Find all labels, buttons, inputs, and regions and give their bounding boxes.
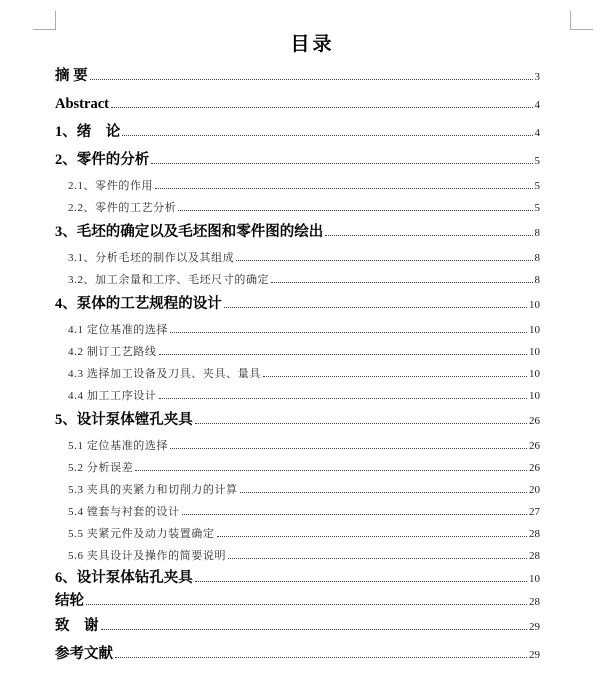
toc-entry-page-number: 26 (529, 457, 540, 479)
dot-leader (90, 79, 533, 80)
toc-entry-page-number: 10 (529, 319, 540, 341)
dot-leader (236, 260, 532, 261)
toc-entry-page-number: 5 (535, 148, 541, 175)
toc-entry-label: 4、泵体的工艺规程的设计 (55, 291, 222, 318)
dot-leader (115, 657, 527, 658)
toc-entry-label: 4.3 选择加工设备及刀具、夹具、量具 (68, 363, 261, 385)
dot-leader (217, 536, 528, 537)
toc-entry-page-number: 26 (529, 435, 540, 457)
toc-entry[interactable]: 2.1、零件的作用 5 (55, 175, 540, 197)
toc-entry[interactable]: 摘 要 3 (55, 63, 540, 91)
dot-leader (195, 423, 527, 424)
toc-entry-page-number: 26 (529, 408, 540, 435)
toc-entry[interactable]: 2、零件的分析 5 (55, 147, 540, 175)
toc-entry[interactable]: 参考文献 29 (55, 641, 540, 669)
dot-leader (228, 558, 527, 559)
document-page: 目录 摘 要 3 Abstract 4 1、绪 论 4 (0, 0, 616, 700)
toc-entry[interactable]: 5.1 定位基准的选择 26 (55, 435, 540, 457)
dot-leader (224, 307, 527, 308)
toc-entry-label: 6、设计泵体钻孔夹具 (55, 567, 193, 589)
toc-entry[interactable]: 5.2 分析误差 26 (55, 457, 540, 479)
toc-entry-label: 3、毛坯的确定以及毛坯图和零件图的绘出 (55, 219, 323, 246)
toc-entry-label: 参考文献 (55, 641, 113, 668)
dot-leader (263, 376, 527, 377)
toc-entry[interactable]: 5.3 夹具的夹紧力和切削力的计算 20 (55, 479, 540, 501)
dot-leader (151, 163, 532, 164)
toc-entry-label: 5.3 夹具的夹紧力和切削力的计算 (68, 479, 238, 501)
toc-entry[interactable]: 致 谢 29 (55, 613, 540, 641)
dot-leader (135, 470, 527, 471)
toc-entry-label: 2.2、零件的工艺分析 (68, 197, 176, 219)
toc-entry-label: 3.2、加工余量和工序、毛坯尺寸的确定 (68, 269, 269, 291)
dot-leader (122, 135, 532, 136)
toc-entry-label: 致 谢 (55, 613, 99, 640)
toc-entry-page-number: 29 (529, 642, 540, 669)
toc-entry[interactable]: 4、泵体的工艺规程的设计 10 (55, 291, 540, 319)
dot-leader (159, 354, 528, 355)
toc-entry-page-number: 4 (535, 120, 541, 147)
toc-entry[interactable]: 5.6 夹具设计及操作的简要说明 28 (55, 545, 540, 567)
toc-entry-label: 3.1、分析毛坯的制作以及其组成 (68, 247, 234, 269)
toc-entry[interactable]: 3.2、加工余量和工序、毛坯尺寸的确定 8 (55, 269, 540, 291)
toc-entry-page-number: 28 (529, 591, 540, 613)
toc-entry-page-number: 4 (535, 92, 541, 119)
page-title: 目录 (55, 32, 570, 57)
toc-entry-page-number: 29 (529, 614, 540, 641)
toc-entry[interactable]: 1、绪 论 4 (55, 119, 540, 147)
dot-leader (155, 188, 532, 189)
toc-entry-page-number: 20 (529, 479, 540, 501)
dot-leader (195, 581, 527, 582)
dot-leader (182, 514, 527, 515)
toc-entry[interactable]: 3.1、分析毛坯的制作以及其组成 8 (55, 247, 540, 269)
toc-entry-page-number: 10 (529, 568, 540, 590)
dot-leader (240, 492, 527, 493)
toc-entry-page-number: 10 (529, 385, 540, 407)
dot-leader (178, 210, 532, 211)
toc-entry-page-number: 5 (535, 197, 541, 219)
toc-entry-label: 2、零件的分析 (55, 147, 149, 174)
toc-entry-label: 摘 要 (55, 63, 88, 90)
toc-entry-page-number: 3 (535, 64, 541, 91)
dot-leader (170, 332, 527, 333)
toc-entry[interactable]: 结轮 28 (55, 590, 540, 613)
dot-leader (159, 398, 528, 399)
text-boundary-mark-top-right-icon (570, 11, 593, 30)
toc-list: 摘 要 3 Abstract 4 1、绪 论 4 2、零件的分析 (55, 63, 570, 669)
toc-entry[interactable]: 5.4 镗套与衬套的设计 27 (55, 501, 540, 523)
toc-entry-label: 4.4 加工工序设计 (68, 385, 157, 407)
toc-entry-label: 结轮 (55, 590, 84, 612)
toc-entry-label: 4.2 制订工艺路线 (68, 341, 157, 363)
toc-entry-label: 5.4 镗套与衬套的设计 (68, 501, 180, 523)
toc-entry-label: 4.1 定位基准的选择 (68, 319, 168, 341)
toc-entry-label: 2.1、零件的作用 (68, 175, 153, 197)
toc-entry[interactable]: 3、毛坯的确定以及毛坯图和零件图的绘出 8 (55, 219, 540, 247)
toc-entry-page-number: 10 (529, 341, 540, 363)
toc-entry-label: Abstract (55, 91, 109, 118)
toc-entry-label: 5.6 夹具设计及操作的简要说明 (68, 545, 226, 567)
toc-entry-label: 5.1 定位基准的选择 (68, 435, 168, 457)
toc-entry[interactable]: 4.4 加工工序设计 10 (55, 385, 540, 407)
toc-entry-page-number: 28 (529, 545, 540, 567)
toc-entry-label: 5.2 分析误差 (68, 457, 133, 479)
toc-entry-page-number: 8 (535, 247, 541, 269)
toc-entry-label: 1、绪 论 (55, 119, 120, 146)
toc-entry-page-number: 5 (535, 175, 541, 197)
toc-section: 目录 摘 要 3 Abstract 4 1、绪 论 4 (55, 32, 570, 669)
toc-entry[interactable]: 4.3 选择加工设备及刀具、夹具、量具 10 (55, 363, 540, 385)
dot-leader (325, 235, 532, 236)
dot-leader (111, 107, 533, 108)
toc-entry-page-number: 10 (529, 363, 540, 385)
text-boundary-mark-top-left-icon (33, 11, 56, 30)
toc-entry[interactable]: Abstract 4 (55, 91, 540, 119)
dot-leader (170, 448, 527, 449)
toc-entry-page-number: 10 (529, 292, 540, 319)
toc-entry-label: 5、设计泵体镗孔夹具 (55, 407, 193, 434)
toc-entry[interactable]: 5.5 夹紧元件及动力装置确定 28 (55, 523, 540, 545)
toc-entry-page-number: 27 (529, 501, 540, 523)
toc-entry[interactable]: 2.2、零件的工艺分析 5 (55, 197, 540, 219)
dot-leader (271, 282, 532, 283)
toc-entry[interactable]: 4.1 定位基准的选择 10 (55, 319, 540, 341)
toc-entry[interactable]: 4.2 制订工艺路线 10 (55, 341, 540, 363)
dot-leader (86, 604, 527, 605)
toc-entry-page-number: 8 (535, 269, 541, 291)
toc-entry-page-number: 8 (535, 220, 541, 247)
dot-leader (101, 629, 528, 630)
toc-entry-label: 5.5 夹紧元件及动力装置确定 (68, 523, 215, 545)
toc-entry[interactable]: 6、设计泵体钻孔夹具 10 (55, 567, 540, 590)
toc-entry[interactable]: 5、设计泵体镗孔夹具 26 (55, 407, 540, 435)
toc-entry-page-number: 28 (529, 523, 540, 545)
